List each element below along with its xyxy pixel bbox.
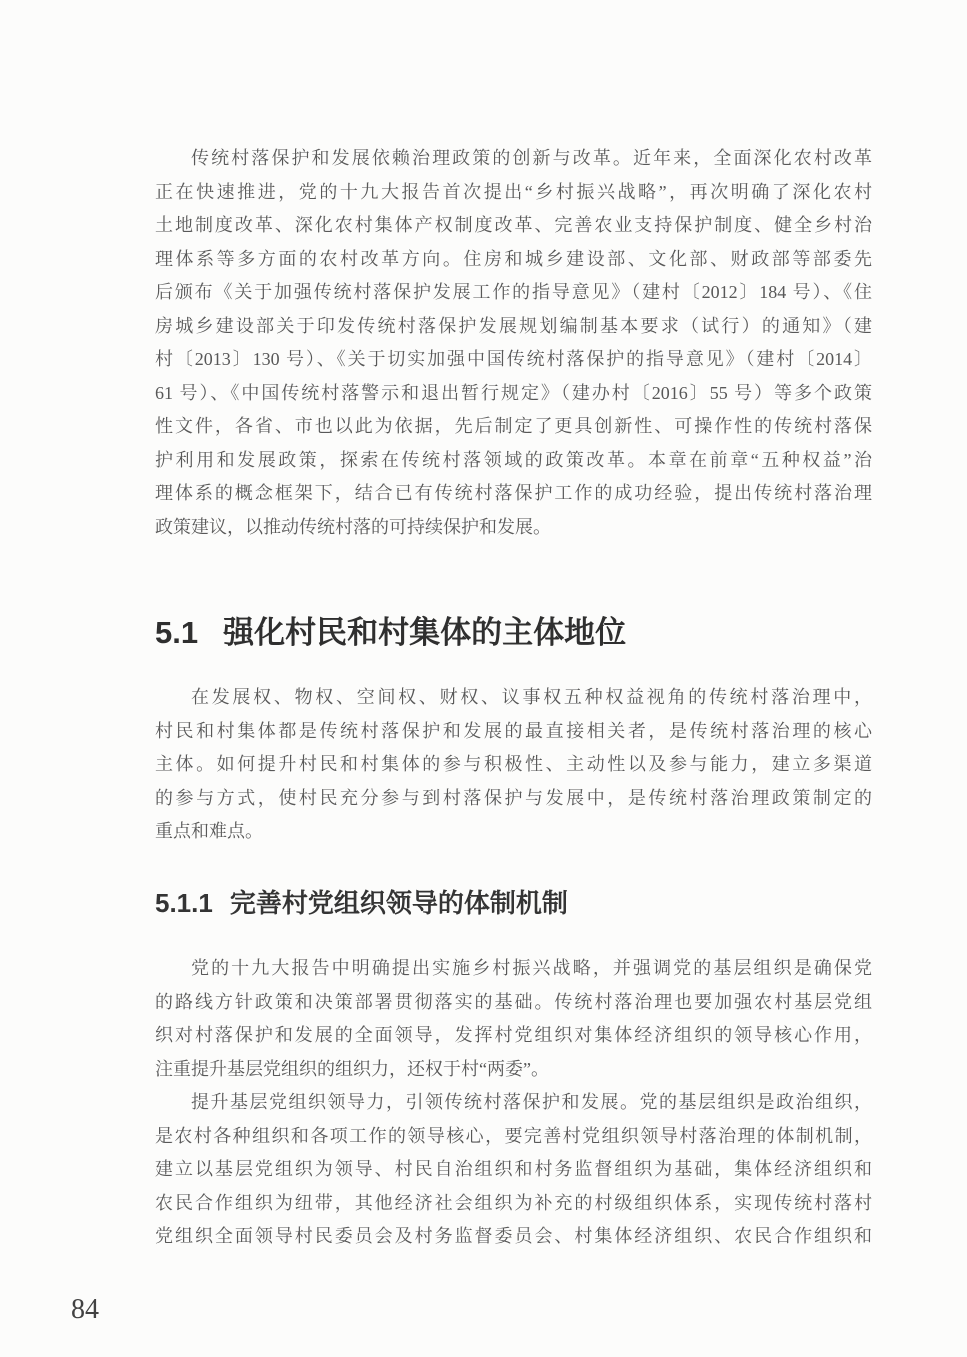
subsection-paragraph-2: 提升基层党组织领导力，引领传统村落保护和发展。党的基层组织是政治组织，是农村各种… (155, 1086, 872, 1254)
section-number: 5.1 (155, 615, 198, 650)
text-line: 性文件，各省、市也以此为依据，先后制定了更具创新性、可操作性的传统村落保 (155, 410, 872, 444)
text-line: 正在快速推进，党的十九大报告首次提出“乡村振兴战略”，再次明确了深化农村 (155, 176, 872, 210)
document-page: 传统村落保护和发展依赖治理政策的创新与改革。近年来，全面深化农村改革正在快速推进… (0, 0, 967, 1357)
text-line: 重点和难点。 (155, 815, 872, 849)
text-line: 提升基层党组织领导力，引领传统村落保护和发展。党的基层组织是政治组织， (155, 1086, 872, 1120)
text-line: 织对村落保护和发展的全面领导，发挥村党组织对集体经济组织的领导核心作用， (155, 1019, 872, 1053)
section-title: 强化村民和村集体的主体地位 (223, 615, 626, 650)
text-line: 政策建议，以推动传统村落的可持续保护和发展。 (155, 511, 872, 545)
text-line: 的参与方式，使村民充分参与到村落保护与发展中，是传统村落治理政策制定的 (155, 782, 872, 816)
text-line: 房城乡建设部关于印发传统村落保护发展规划编制基本要求（试行）的通知》（建 (155, 310, 872, 344)
text-line: 土地制度改革、深化农村集体产权制度改革、完善农业支持保护制度、健全乡村治 (155, 209, 872, 243)
text-line: 护利用和发展政策，探索在传统村落领域的政策改革。本章在前章“五种权益”治 (155, 444, 872, 478)
text-line: 在发展权、物权、空间权、财权、议事权五种权益视角的传统村落治理中， (155, 681, 872, 715)
intro-paragraph: 传统村落保护和发展依赖治理政策的创新与改革。近年来，全面深化农村改革正在快速推进… (155, 142, 872, 544)
subsection-paragraph-1: 党的十九大报告中明确提出实施乡村振兴战略，并强调党的基层组织是确保党的路线方针政… (155, 952, 872, 1086)
section-heading: 5.1强化村民和村集体的主体地位 (155, 615, 626, 651)
text-line: 后颁布《关于加强传统村落保护发展工作的指导意见》（建村〔2012〕184 号）、… (155, 276, 872, 310)
text-line: 党的十九大报告中明确提出实施乡村振兴战略，并强调党的基层组织是确保党 (155, 952, 872, 986)
text-line: 是农村各种组织和各项工作的领导核心，要完善村党组织领导村落治理的体制机制， (155, 1120, 872, 1154)
text-line: 村〔2013〕130 号）、《关于切实加强中国传统村落保护的指导意见》（建村〔2… (155, 343, 872, 377)
section-paragraph: 在发展权、物权、空间权、财权、议事权五种权益视角的传统村落治理中，村民和村集体都… (155, 681, 872, 849)
subsection-title: 完善村党组织领导的体制机制 (230, 888, 568, 918)
subsection-number: 5.1.1 (155, 888, 213, 918)
text-line: 传统村落保护和发展依赖治理政策的创新与改革。近年来，全面深化农村改革 (155, 142, 872, 176)
text-line: 理体系等多方面的农村改革方向。住房和城乡建设部、文化部、财政部等部委先 (155, 243, 872, 277)
text-line: 的路线方针政策和决策部署贯彻落实的基础。传统村落治理也要加强农村基层党组 (155, 986, 872, 1020)
text-line: 党组织全面领导村民委员会及村务监督委员会、村集体经济组织、农民合作组织和 (155, 1220, 872, 1254)
text-line: 建立以基层党组织为领导、村民自治组织和村务监督组织为基础，集体经济组织和 (155, 1153, 872, 1187)
text-line: 村民和村集体都是传统村落保护和发展的最直接相关者，是传统村落治理的核心 (155, 715, 872, 749)
text-line: 主体。如何提升村民和村集体的参与积极性、主动性以及参与能力，建立多渠道 (155, 748, 872, 782)
subsection-heading: 5.1.1完善村党组织领导的体制机制 (155, 888, 568, 918)
text-line: 61 号）、《中国传统村落警示和退出暂行规定》（建办村〔2016〕55 号）等多… (155, 377, 872, 411)
text-line: 农民合作组织为纽带，其他经济社会组织为补充的村级组织体系，实现传统村落村 (155, 1187, 872, 1221)
page-number: 84 (71, 1296, 99, 1324)
text-line: 注重提升基层党组织的组织力，还权于村“两委”。 (155, 1053, 872, 1087)
text-line: 理体系的概念框架下，结合已有传统村落保护工作的成功经验，提出传统村落治理 (155, 477, 872, 511)
